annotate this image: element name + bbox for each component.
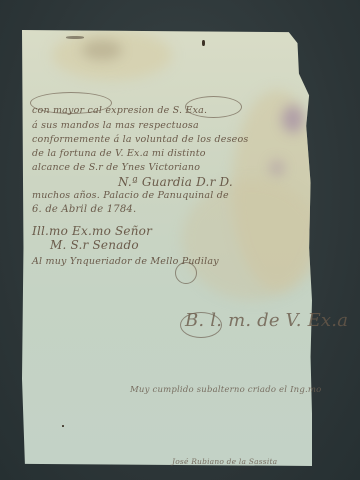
purple-stain xyxy=(270,160,284,176)
signer-name: José Rubiano de la Sassita xyxy=(172,457,277,466)
ink-smudge xyxy=(82,40,122,60)
letter-line: con mayor cal expresion de S. Exa. xyxy=(32,105,207,116)
ink-dot xyxy=(62,425,64,427)
addressee-line: Al muy Ynqueriador de Mello Pudilay xyxy=(32,256,219,267)
addressee-line: M. S.r Senado xyxy=(50,238,139,252)
letter-line: de la fortuna de V. Ex.a mi distinto xyxy=(32,148,206,159)
purple-stain xyxy=(282,105,304,133)
letter-line: á sus mandos la mas respectuosa xyxy=(32,120,199,131)
letter-line: alcance de S.r de Ynes Victoriano xyxy=(32,162,200,173)
closing-abbreviation: B. l. m. de V. Ex.a xyxy=(185,310,348,331)
marginal-note: Muy cumplido subalterno criado el Ing.mo xyxy=(130,385,321,395)
letter-line: muchos años. Palacio de Panuquinal de xyxy=(32,190,229,201)
letter-line: conformemente á la voluntad de los deseo… xyxy=(32,134,249,145)
ink-dot xyxy=(202,40,205,46)
addressee-line: Ill.mo Ex.mo Señor xyxy=(32,224,152,238)
date-line: 6. de Abril de 1784. xyxy=(32,204,136,215)
ink-dot xyxy=(66,36,84,39)
letter-line: N.ª Guardia D.r D. xyxy=(118,175,233,189)
